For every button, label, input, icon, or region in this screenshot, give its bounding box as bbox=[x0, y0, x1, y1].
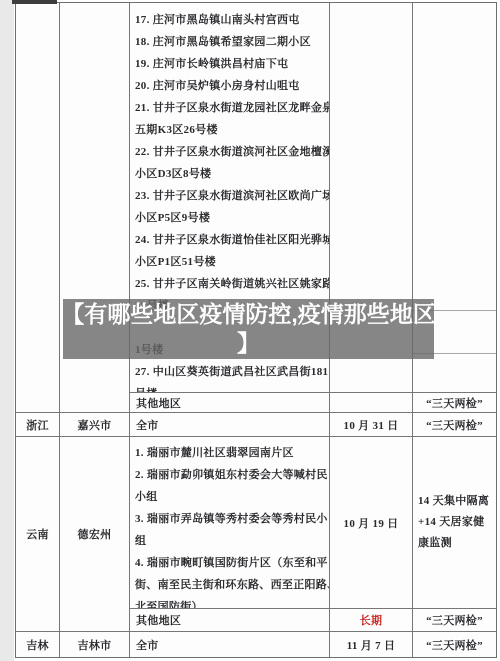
area-list-yunnan: 1. 瑞丽市麓川社区翡翠园南片区2. 瑞丽市勐卯镇姐东村委会大等喊村民小组3. … bbox=[130, 437, 330, 609]
date-yunnan: 10 月 19 日 bbox=[330, 437, 413, 609]
text-line: 17. 庄河市黑岛镇山南头村宫西屯 bbox=[135, 9, 329, 31]
text-line: 22. 甘井子区泉水街道滨河社区金地檀溪 bbox=[135, 141, 329, 163]
policy-cell-liaoning-1 bbox=[413, 3, 496, 311]
text-line: 1. 瑞丽市麓川社区翡翠园南片区 bbox=[135, 442, 329, 464]
other-area-date-liaoning bbox=[330, 393, 413, 413]
policy-jilin: “三天两检” bbox=[413, 632, 496, 657]
text-line: 18. 庄河市黑岛镇希望家园二期小区 bbox=[135, 31, 329, 53]
text-line: 小区D3区8号楼 bbox=[135, 163, 329, 185]
other-area-policy-liaoning: “三天两检” bbox=[413, 393, 496, 413]
policy-zhejiang: “三天两检” bbox=[413, 413, 496, 437]
text-line: 14 天集中隔离 bbox=[418, 491, 496, 512]
text-line: 北至国防街） bbox=[135, 596, 329, 609]
text-line: 24. 甘井子区泉水街道怡佳社区阳光骅城 bbox=[135, 229, 329, 251]
province-zhejiang: 浙江 bbox=[16, 413, 60, 437]
text-line: 20. 庄河市吴炉镇小房身村山咀屯 bbox=[135, 75, 329, 97]
text-line: 号楼 bbox=[135, 383, 329, 393]
area-zhejiang: 全市 bbox=[130, 413, 330, 437]
text-line: 小区P5区9号楼 bbox=[135, 207, 329, 229]
province-jilin: 吉林 bbox=[16, 632, 60, 657]
scan-top-edge-artifact bbox=[12, 0, 57, 4]
text-line: 27. 中山区葵英街道武昌社区武昌街181 bbox=[135, 361, 329, 383]
other-area-label-liaoning: 其他地区 bbox=[130, 393, 330, 413]
other-area-label-yunnan: 其他地区 bbox=[130, 609, 330, 632]
text-line: +14 天居家健 bbox=[418, 512, 496, 533]
scanned-epidemic-control-table: 17. 庄河市黑岛镇山南头村宫西屯18. 庄河市黑岛镇希望家园二期小区19. 庄… bbox=[0, 0, 500, 661]
city-jiaxing: 嘉兴市 bbox=[60, 413, 130, 437]
date-jilin: 11 月 7 日 bbox=[330, 632, 413, 657]
text-line: 4. 瑞丽市畹町镇国防街片区（东至和平 bbox=[135, 552, 329, 574]
text-line: 街、南至民主街和环东路、西至正阳路、 bbox=[135, 574, 329, 596]
text-line: 3. 瑞丽市弄岛镇等秀村委会等秀村民小 bbox=[135, 508, 329, 530]
text-line: 小区P1区51号楼 bbox=[135, 251, 329, 273]
date-zhejiang: 10 月 31 日 bbox=[330, 413, 413, 437]
other-area-date-yunnan: 长期 bbox=[330, 609, 413, 632]
policy-yunnan: 14 天集中隔离+14 天居家健康监测 bbox=[413, 437, 496, 609]
text-line: 19. 庄河市长岭镇洪昌村庙下屯 bbox=[135, 53, 329, 75]
text-line: 2. 瑞丽市勐卯镇姐东村委会大等喊村民 bbox=[135, 464, 329, 486]
text-line: 五期K3区26号楼 bbox=[135, 119, 329, 141]
text-line: 25. 甘井子区南关岭街道姚兴社区姚家路 bbox=[135, 273, 329, 295]
province-cell-liaoning-empty bbox=[16, 3, 60, 413]
text-line: 康监测 bbox=[418, 533, 496, 554]
watermark-text-line2: 】 bbox=[237, 329, 260, 358]
text-line: 小组 bbox=[135, 486, 329, 508]
other-area-policy-yunnan: “三天两检” bbox=[413, 609, 496, 632]
text-line: 组 bbox=[135, 530, 329, 552]
text-line: 23. 甘井子区泉水街道滨河社区欧尚广场 bbox=[135, 185, 329, 207]
policy-cell-liaoning-3 bbox=[413, 354, 496, 393]
area-jilin: 全市 bbox=[130, 632, 330, 657]
city-jilin: 吉林市 bbox=[60, 632, 130, 657]
province-yunnan: 云南 bbox=[16, 437, 60, 632]
city-dehong: 德宏州 bbox=[60, 437, 130, 632]
text-line: 21. 甘井子区泉水街道龙园社区龙畔金泉 bbox=[135, 97, 329, 119]
scan-left-margin bbox=[0, 0, 14, 661]
watermark-text-line1: 【有哪些地区疫情防控,疫情那些地区 bbox=[61, 300, 435, 329]
watermark-overlay: 【有哪些地区疫情防控,疫情那些地区 】 bbox=[63, 299, 434, 359]
